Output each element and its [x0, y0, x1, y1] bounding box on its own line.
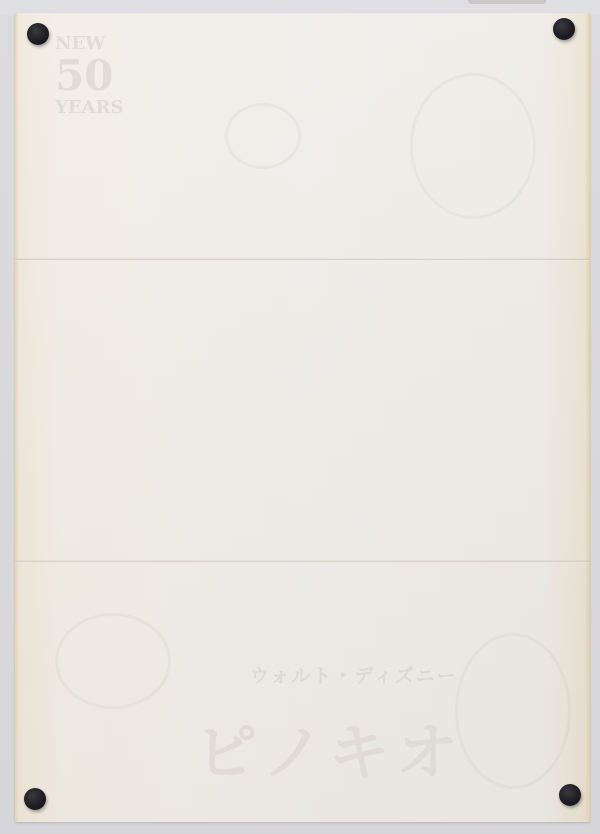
magnet-bottom-right — [559, 784, 581, 806]
bleed-through-studio-text: ウォルト・ディズニー — [250, 661, 458, 688]
poster-right-edge — [585, 13, 590, 822]
fold-line-lower — [15, 560, 590, 563]
magnet-top-left — [27, 23, 49, 45]
bleed-through-banner-big: 50 — [55, 55, 124, 97]
magnet-top-right — [553, 18, 575, 40]
bleed-through-artwork-right — [455, 633, 571, 789]
fold-line-upper — [15, 258, 590, 261]
top-tab-shadow — [468, 0, 546, 4]
bleed-through-title-text: ピノキオ — [195, 703, 464, 792]
bleed-through-banner: NEW 50 YEARS — [55, 33, 124, 119]
bleed-through-banner-years: YEARS — [55, 97, 124, 118]
bleed-through-artwork-top — [410, 73, 536, 219]
bleed-through-artwork-left — [55, 613, 171, 709]
poster-left-edge — [15, 13, 19, 822]
poster-back: NEW 50 YEARS ウォルト・ディズニー ピノキオ — [15, 13, 590, 822]
magnet-bottom-left — [24, 788, 46, 810]
bleed-through-artwork-mid — [225, 103, 301, 169]
